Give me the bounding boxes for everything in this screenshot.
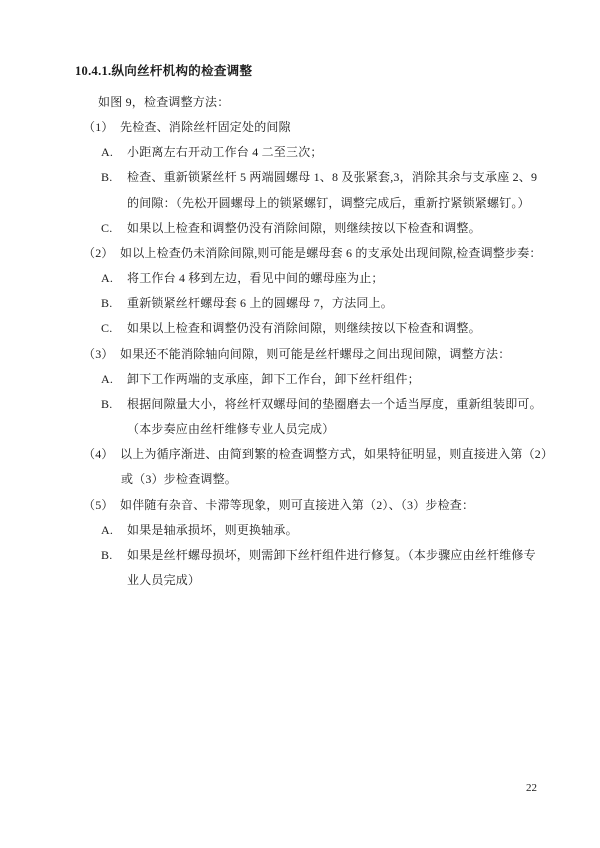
line-text: 业人员完成） [127, 573, 200, 587]
line-text: 将工作台 4 移到左边，看见中间的螺母座为止； [127, 271, 384, 285]
line-text: 如果以上检查和调整仍没有消除间隙，则继续按以下检查和调整。 [127, 321, 481, 335]
sub-marker: B. [101, 392, 127, 417]
sub-marker: A. [101, 518, 127, 543]
sub-marker: C. [101, 316, 127, 341]
line-text: 以上为循序渐进、由简到繁的检查调整方式，如果特征明显，则直接进入第（2） [120, 447, 553, 461]
line-text: 卸下工作两端的支承座，卸下工作台，卸下丝杆组件； [127, 372, 420, 386]
item-marker: （1） [83, 115, 120, 140]
line-text: 如伴随有杂音、卡滞等现象，则可直接进入第（2）、（3）步检查： [120, 498, 474, 512]
sub-marker: C. [101, 216, 127, 241]
list-item-1: （1）先检查、消除丝杆固定处的间隙 [0, 115, 600, 140]
item-marker: （2） [83, 241, 120, 266]
sub-item-5a: A.如果是轴承损坏，则更换轴承。 [0, 518, 600, 543]
sub-marker: B. [101, 165, 127, 190]
line-text: 检查、重新锁紧丝杆 5 两端圆螺母 1、8 及张紧套,3，消除其余与支承座 2、… [127, 170, 537, 184]
list-item-3: （3）如果还不能消除轴向间隙，则可能是丝杆螺母之间出现间隙，调整方法： [0, 342, 600, 367]
line-text: 如果是轴承损坏，则更换轴承。 [127, 523, 298, 537]
document-body: 如图 9，检查调整方法： （1）先检查、消除丝杆固定处的间隙 A.小距离左右开动… [0, 90, 600, 593]
line-text: 如以上检查仍未消除间隙,则可能是螺母套 6 的支承处出现间隙,检查调整步奏： [120, 246, 542, 260]
item-marker: （4） [83, 442, 120, 467]
line-text: 如果还不能消除轴向间隙，则可能是丝杆螺母之间出现间隙，调整方法： [120, 347, 510, 361]
sub-marker: A. [101, 140, 127, 165]
line-text: （本步奏应由丝杆维修专业人员完成） [127, 422, 334, 436]
sub-item-3b: B.根据间隙量大小，将丝杆双螺母间的垫圈磨去一个适当厚度，重新组装即可。 [0, 392, 600, 417]
line-text: 的间隙：（先松开圆螺母上的锁紧螺钉，调整完成后，重新拧紧锁紧螺钉。） [127, 196, 530, 210]
line-text: 如果以上检查和调整仍没有消除间隙，则继续按以下检查和调整。 [127, 221, 481, 235]
document-page: 10.4.1.纵向丝杆机构的检查调整 如图 9，检查调整方法： （1）先检查、消… [0, 0, 600, 848]
sub-item-5b-continuation: 业人员完成） [0, 568, 600, 593]
sub-marker: B. [101, 291, 127, 316]
line-text: 小距离左右开动工作台 4 二至三次； [127, 145, 323, 159]
sub-item-1a: A.小距离左右开动工作台 4 二至三次； [0, 140, 600, 165]
sub-marker: B. [101, 543, 127, 568]
sub-marker: A. [101, 367, 127, 392]
sub-item-1b-continuation: 的间隙：（先松开圆螺母上的锁紧螺钉，调整完成后，重新拧紧锁紧螺钉。） [0, 191, 600, 216]
line-text: 重新锁紧丝杆螺母套 6 上的圆螺母 7，方法同上。 [127, 296, 393, 310]
intro-line: 如图 9，检查调整方法： [0, 90, 600, 115]
sub-item-2a: A.将工作台 4 移到左边，看见中间的螺母座为止； [0, 266, 600, 291]
sub-item-1c: C.如果以上检查和调整仍没有消除间隙，则继续按以下检查和调整。 [0, 216, 600, 241]
sub-item-3a: A.卸下工作两端的支承座，卸下工作台，卸下丝杆组件； [0, 367, 600, 392]
sub-marker: A. [101, 266, 127, 291]
item-marker: （3） [83, 342, 120, 367]
page-number: 22 [526, 782, 537, 794]
line-text: 根据间隙量大小，将丝杆双螺母间的垫圈磨去一个适当厚度，重新组装即可。 [127, 397, 542, 411]
sub-item-2b: B.重新锁紧丝杆螺母套 6 上的圆螺母 7，方法同上。 [0, 291, 600, 316]
line-text: 如果是丝杆螺母损坏，则需卸下丝杆组件进行修复。（本步骤应由丝杆维修专 [127, 548, 536, 562]
item-marker: （5） [83, 493, 120, 518]
line-text: 或（3）步检查调整。 [121, 472, 237, 486]
sub-item-5b: B.如果是丝杆螺母损坏，则需卸下丝杆组件进行修复。（本步骤应由丝杆维修专 [0, 543, 600, 568]
line-text: 如图 9，检查调整方法： [98, 95, 229, 109]
list-item-4: （4）以上为循序渐进、由简到繁的检查调整方式，如果特征明显，则直接进入第（2） [0, 442, 600, 467]
sub-item-3b-note: （本步奏应由丝杆维修专业人员完成） [0, 417, 600, 442]
sub-item-2c: C.如果以上检查和调整仍没有消除间隙，则继续按以下检查和调整。 [0, 316, 600, 341]
list-item-2: （2）如以上检查仍未消除间隙,则可能是螺母套 6 的支承处出现间隙,检查调整步奏… [0, 241, 600, 266]
line-text: 先检查、消除丝杆固定处的间隙 [120, 120, 291, 134]
list-item-4-continuation: 或（3）步检查调整。 [0, 467, 600, 492]
list-item-5: （5）如伴随有杂音、卡滞等现象，则可直接进入第（2）、（3）步检查： [0, 493, 600, 518]
section-heading: 10.4.1.纵向丝杆机构的检查调整 [75, 61, 252, 79]
sub-item-1b: B.检查、重新锁紧丝杆 5 两端圆螺母 1、8 及张紧套,3，消除其余与支承座 … [0, 165, 600, 190]
